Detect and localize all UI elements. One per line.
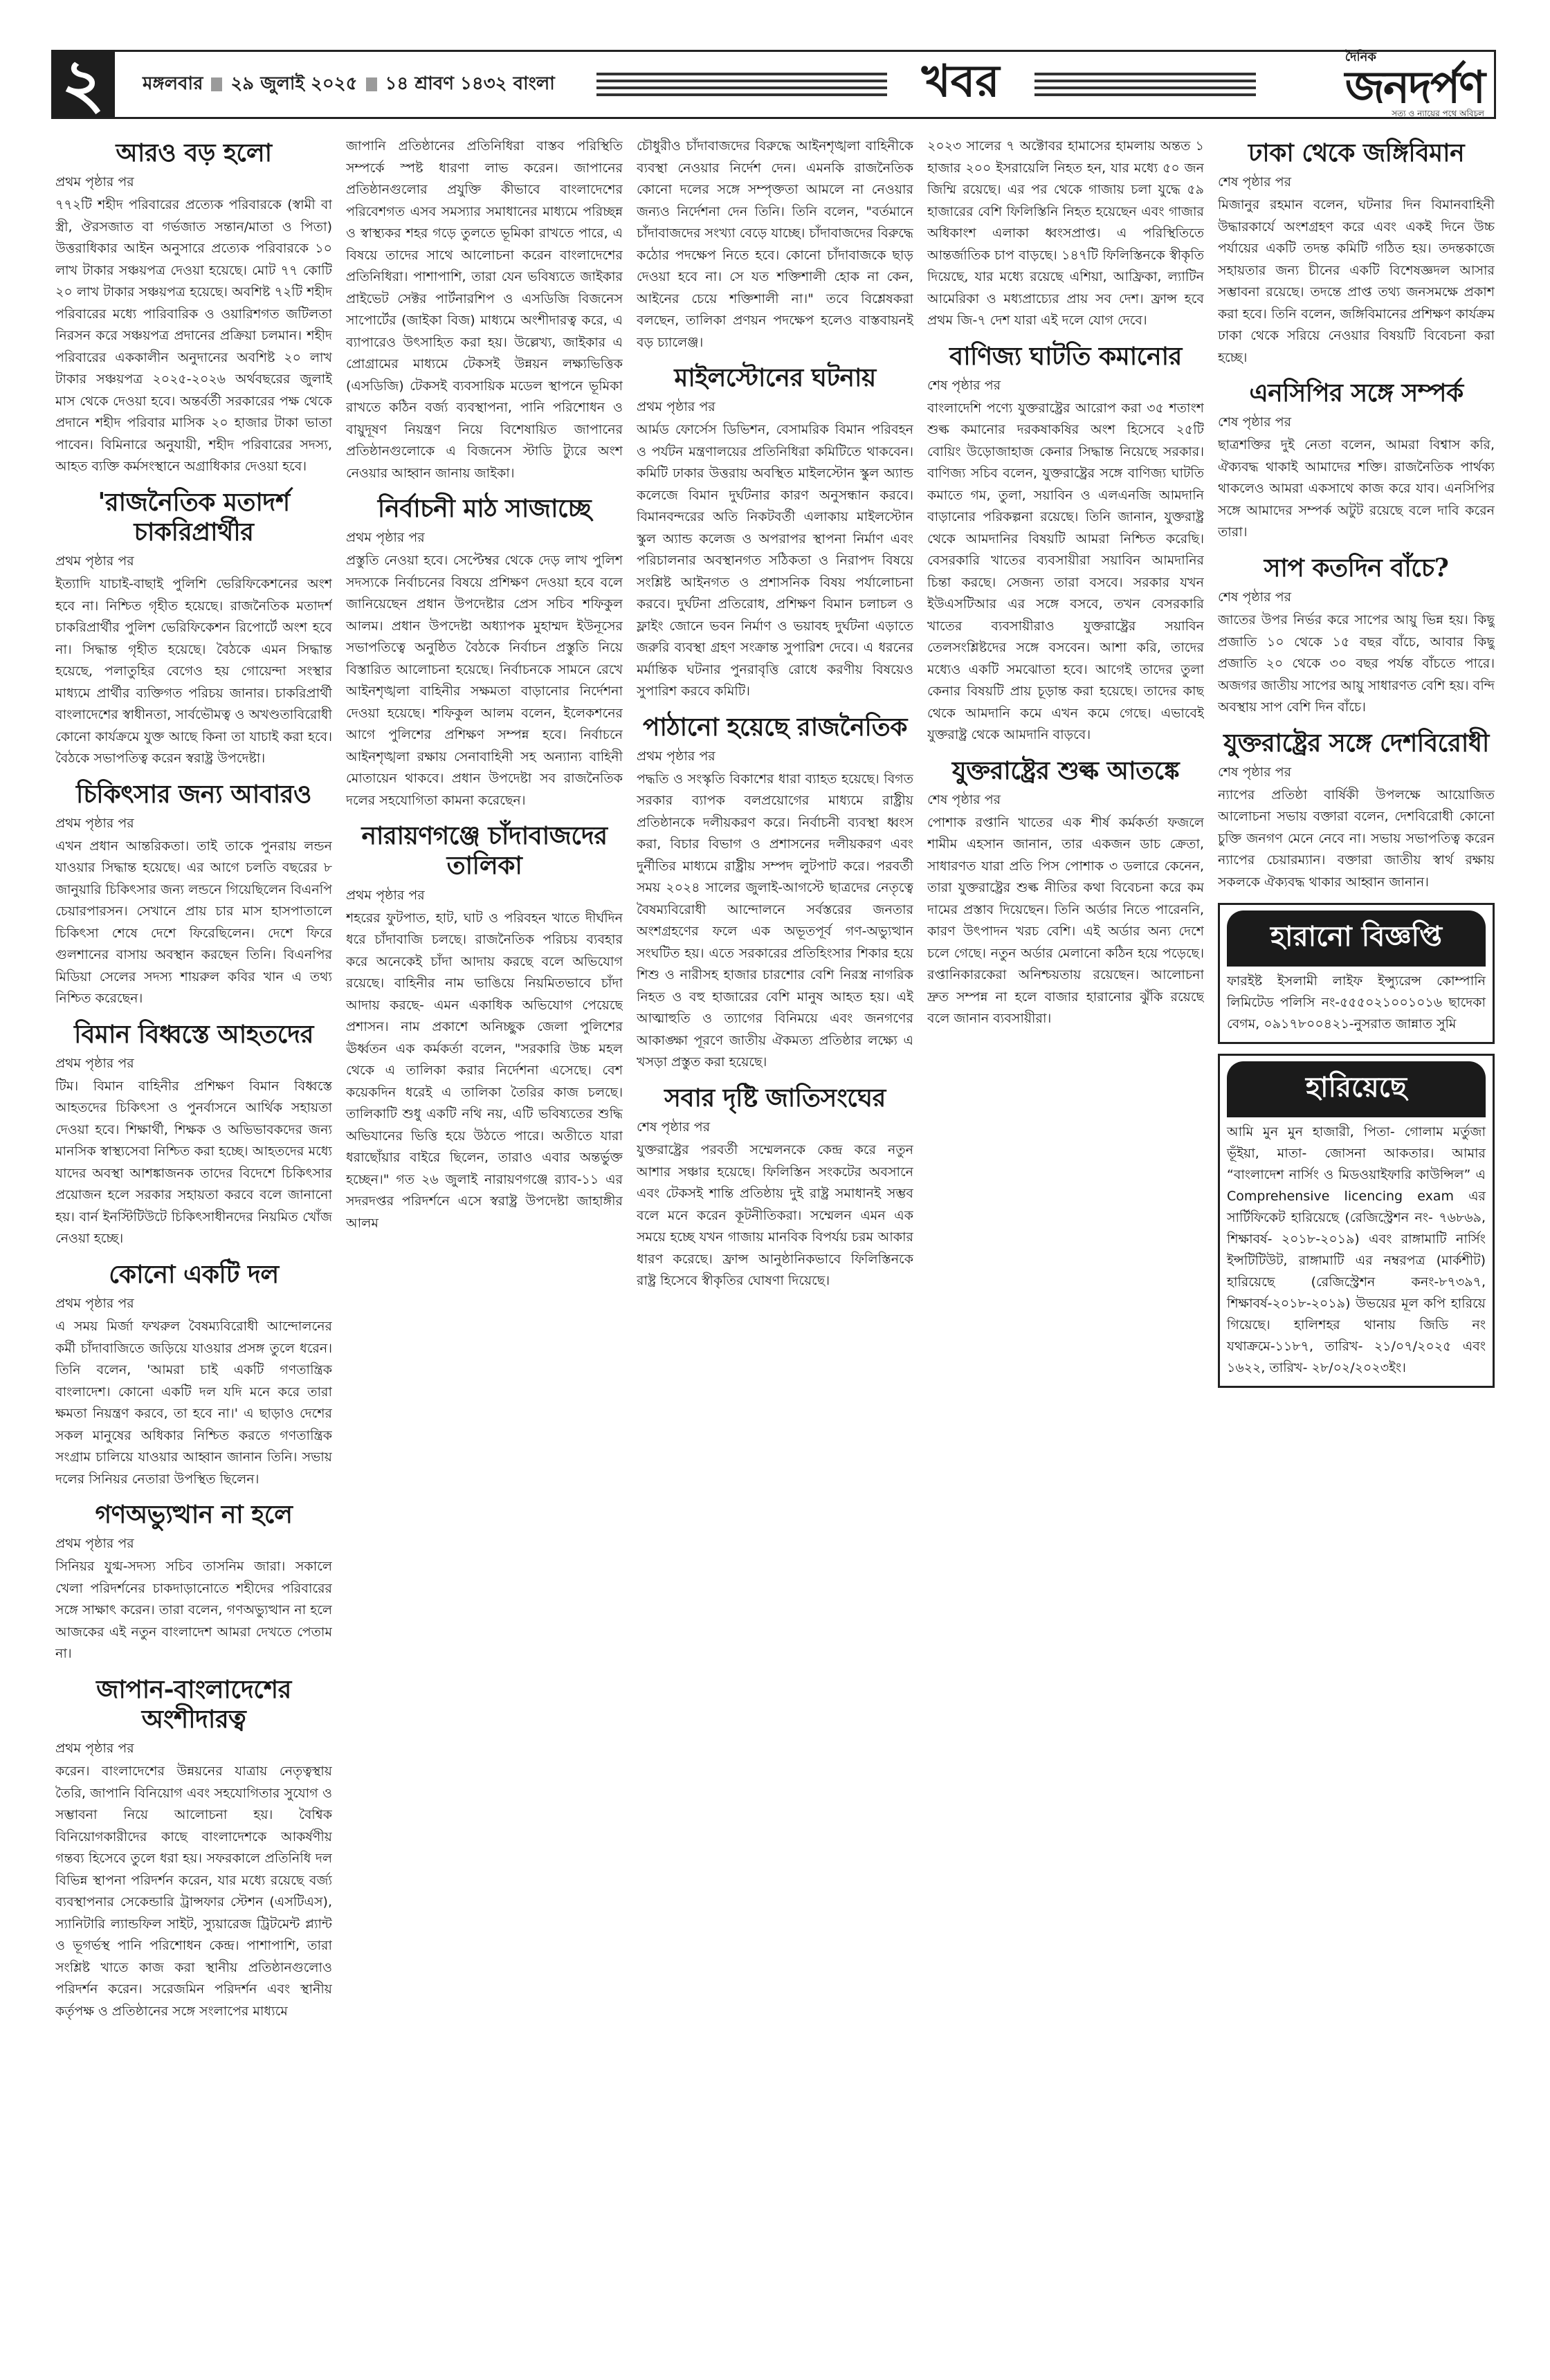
story-body: ইত্যাদি যাচাই-বাছাই পুলিশি ভেরিফিকেশনের …: [55, 574, 332, 770]
story: গণঅভ্যুত্থান না হলে প্রথম পৃষ্ঠার পর সিন…: [55, 1500, 332, 1665]
story-body: এ সময় মির্জা ফখরুল বৈষম্যবিরোধী আন্দোলন…: [55, 1316, 332, 1490]
story: সবার দৃষ্টি জাতিসংঘের শেষ পৃষ্ঠার পর যুক…: [637, 1083, 913, 1292]
story-body: মিজানুর রহমান বলেন, ঘটনার দিন বিমানবাহিন…: [1218, 194, 1495, 369]
column-3: চৌধুরীও চাঁদাবাজদের বিরুদ্ধে আইনশৃঙ্খলা …: [637, 136, 913, 2322]
story: বাণিজ্য ঘাটতি কমানোর শেষ পৃষ্ঠার পর বাংল…: [927, 342, 1204, 747]
continuation-label: প্রথম পৃষ্ঠার পর: [346, 886, 623, 908]
continuation-label: প্রথম পৃষ্ঠার পর: [55, 1534, 332, 1556]
story-body: পোশাক রপ্তানি খাতের এক শীর্ষ কর্মকর্তা ফ…: [927, 812, 1204, 1030]
story-headline: যুক্তরাষ্ট্রের সঙ্গে দেশবিরোধী: [1218, 729, 1495, 758]
classified-lost-notice: হারানো বিজ্ঞপ্তি ফারইষ্ট ইসলামী লাইফ ইন্…: [1218, 903, 1495, 1044]
story-headline: পাঠানো হয়েছে রাজনৈতিক: [637, 713, 913, 742]
story-headline: যুক্তরাষ্ট্রের শুল্ক আতঙ্কে: [927, 756, 1204, 786]
continuation-label: প্রথম পৃষ্ঠার পর: [346, 528, 623, 550]
story: পাঠানো হয়েছে রাজনৈতিক প্রথম পৃষ্ঠার পর …: [637, 713, 913, 1074]
story-headline: সবার দৃষ্টি জাতিসংঘের: [637, 1083, 913, 1113]
section-title: খবর: [887, 52, 1034, 117]
story: নারায়ণগঞ্জে চাঁদাবাজদের তালিকা প্রথম পৃ…: [346, 821, 623, 1234]
dateline: মঙ্গলবার ২৯ জুলাই ২০২৫ ১৪ শ্রাবণ ১৪৩২ বা…: [115, 52, 555, 117]
story-headline: এনসিপির সঙ্গে সম্পর্ক: [1218, 378, 1495, 408]
news-columns: আরও বড় হলো প্রথম পৃষ্ঠার পর ৭৭২টি শহীদ …: [55, 136, 1495, 2322]
story-continuation: চৌধুরীও চাঁদাবাজদের বিরুদ্ধে আইনশৃঙ্খলা …: [637, 136, 913, 354]
story-body: বাংলাদেশি পণ্যে যুক্তরাষ্ট্রের আরোপ করা …: [927, 398, 1204, 747]
story-headline: বিমান বিধ্বস্তে আহতদের: [55, 1020, 332, 1050]
separator-square-icon: [211, 77, 222, 91]
story-body: প্রস্তুতি নেওয়া হবে। সেপ্টেম্বর থেকে দে…: [346, 550, 623, 812]
bengali-date: ১৪ শ্রাবণ ১৪৩২ বাংলা: [385, 69, 555, 100]
story-body: চৌধুরীও চাঁদাবাজদের বিরুদ্ধে আইনশৃঙ্খলা …: [637, 136, 913, 354]
classified-title: হারিয়েছে: [1227, 1061, 1486, 1117]
classified-lost-certificate: হারিয়েছে আমি মুন মুন হাজারী, পিতা- গোলা…: [1218, 1054, 1495, 1388]
continuation-label: প্রথম পৃষ্ঠার পর: [55, 172, 332, 194]
continuation-label: শেষ পৃষ্ঠার পর: [637, 1117, 913, 1139]
brand-tagline: সত্য ও ন্যায়ের পথে অবিচল: [1392, 108, 1484, 122]
story: মাইলস্টোনের ঘটনায় প্রথম পৃষ্ঠার পর আর্ম…: [637, 363, 913, 703]
continuation-label: প্রথম পৃষ্ঠার পর: [637, 397, 913, 419]
newspaper-logo: দৈনিক জনদর্পণ সত্য ও ন্যায়ের পথে অবিচল: [1345, 52, 1494, 117]
story: নির্বাচনী মাঠ সাজাচ্ছে প্রথম পৃষ্ঠার পর …: [346, 494, 623, 812]
story-headline: 'রাজনৈতিক মতাদর্শ চাকরিপ্রার্থীর: [55, 488, 332, 547]
decorative-rules: [596, 52, 887, 117]
continuation-label: প্রথম পৃষ্ঠার পর: [55, 814, 332, 836]
story-body: করেন। বাংলাদেশের উন্নয়নের যাত্রায় নেতৃ…: [55, 1761, 332, 2022]
story-body: ৭৭২টি শহীদ পরিবারের প্রত্যেক পরিবারকে (স…: [55, 194, 332, 478]
story-body: টিম। বিমান বাহিনীর প্রশিক্ষণ বিমান বিধ্ব…: [55, 1076, 332, 1250]
story-headline: কোনো একটি দল: [55, 1260, 332, 1290]
story: সাপ কতদিন বাঁচে? শেষ পৃষ্ঠার পর জাতের উপ…: [1218, 553, 1495, 719]
story-headline: মাইলস্টোনের ঘটনায়: [637, 363, 913, 393]
continuation-label: প্রথম পৃষ্ঠার পর: [55, 1054, 332, 1076]
story-headline: ঢাকা থেকে জঙ্গিবিমান: [1218, 138, 1495, 168]
decorative-rules: [1034, 52, 1256, 117]
story-body: পদ্ধতি ও সংস্কৃতি বিকাশের ধারা ব্যাহত হয…: [637, 769, 913, 1074]
story: জাপান-বাংলাদেশের অংশীদারত্ব প্রথম পৃষ্ঠা…: [55, 1675, 332, 2022]
continuation-label: শেষ পৃষ্ঠার পর: [1218, 412, 1495, 434]
story-continuation: জাপানি প্রতিষ্ঠানের প্রতিনিধিরা বাস্তব প…: [346, 136, 623, 484]
story-body: ছাত্রশক্তির দুই নেতা বলেন, আমরা বিশ্বাস …: [1218, 434, 1495, 544]
story: 'রাজনৈতিক মতাদর্শ চাকরিপ্রার্থীর প্রথম প…: [55, 488, 332, 770]
continuation-label: শেষ পৃষ্ঠার পর: [1218, 172, 1495, 194]
story-headline: চিকিৎসার জন্য আবারও: [55, 780, 332, 809]
column-5: ঢাকা থেকে জঙ্গিবিমান শেষ পৃষ্ঠার পর মিজা…: [1218, 136, 1495, 2322]
continuation-label: প্রথম পৃষ্ঠার পর: [55, 551, 332, 574]
story-body: আর্মড ফোর্সেস ডিভিশন, বেসামরিক বিমান পরি…: [637, 419, 913, 703]
story-body: এখন প্রধান আন্তরিকতা। তাই তাকে পুনরায় ল…: [55, 836, 332, 1010]
day-label: মঙ্গলবার: [143, 69, 203, 100]
story-body: ন্যাপের প্রতিষ্ঠা বার্ষিকী উপলক্ষে আয়োজ…: [1218, 785, 1495, 894]
gregorian-date: ২৯ জুলাই ২০২৫: [230, 69, 357, 100]
classified-body: ফারইষ্ট ইসলামী লাইফ ইন্স্যুরেন্স কোম্পান…: [1227, 967, 1486, 1035]
story-headline: বাণিজ্য ঘাটতি কমানোর: [927, 342, 1204, 372]
continuation-label: শেষ পৃষ্ঠার পর: [927, 790, 1204, 812]
column-4: ২০২৩ সালের ৭ অক্টোবর হামাসের হামলায় অন্…: [927, 136, 1204, 2322]
story-headline: নির্বাচনী মাঠ সাজাচ্ছে: [346, 494, 623, 524]
continuation-label: প্রথম পৃষ্ঠার পর: [637, 747, 913, 769]
story: আরও বড় হলো প্রথম পৃষ্ঠার পর ৭৭২টি শহীদ …: [55, 138, 332, 478]
story-body: জাতের উপর নির্ভর করে সাপের আয়ু ভিন্ন হয…: [1218, 610, 1495, 719]
story-headline: জাপান-বাংলাদেশের অংশীদারত্ব: [55, 1675, 332, 1734]
story: কোনো একটি দল প্রথম পৃষ্ঠার পর এ সময় মির…: [55, 1260, 332, 1490]
story-headline: আরও বড় হলো: [55, 138, 332, 168]
brand-name: জনদর্পণ: [1345, 68, 1484, 109]
story: এনসিপির সঙ্গে সম্পর্ক শেষ পৃষ্ঠার পর ছাত…: [1218, 378, 1495, 544]
story-headline: নারায়ণগঞ্জে চাঁদাবাজদের তালিকা: [346, 821, 623, 881]
story: ঢাকা থেকে জঙ্গিবিমান শেষ পৃষ্ঠার পর মিজা…: [1218, 138, 1495, 369]
story-body: যুক্তরাষ্ট্রের পরবর্তী সম্মেলনকে কেন্দ্র…: [637, 1139, 913, 1292]
continuation-label: প্রথম পৃষ্ঠার পর: [55, 1294, 332, 1316]
story-headline: সাপ কতদিন বাঁচে?: [1218, 553, 1495, 583]
continuation-label: শেষ পৃষ্ঠার পর: [1218, 762, 1495, 785]
page-number: ২: [51, 50, 115, 117]
story-body: শহরের ফুটপাত, হাট, ঘাট ও পরিবহন খাতে দীর…: [346, 908, 623, 1235]
story: বিমান বিধ্বস্তে আহতদের প্রথম পৃষ্ঠার পর …: [55, 1020, 332, 1250]
story-continuation: ২০২৩ সালের ৭ অক্টোবর হামাসের হামলায় অন্…: [927, 136, 1204, 332]
classified-body: আমি মুন মুন হাজারী, পিতা- গোলাম মর্তুজা …: [1227, 1117, 1486, 1379]
story-body: ২০২৩ সালের ৭ অক্টোবর হামাসের হামলায় অন্…: [927, 136, 1204, 332]
story: যুক্তরাষ্ট্রের সঙ্গে দেশবিরোধী শেষ পৃষ্ঠ…: [1218, 729, 1495, 894]
story: চিকিৎসার জন্য আবারও প্রথম পৃষ্ঠার পর এখন…: [55, 780, 332, 1010]
separator-square-icon: [366, 77, 377, 91]
column-1: আরও বড় হলো প্রথম পৃষ্ঠার পর ৭৭২টি শহীদ …: [55, 136, 332, 2322]
continuation-label: শেষ পৃষ্ঠার পর: [1218, 587, 1495, 610]
continuation-label: প্রথম পৃষ্ঠার পর: [55, 1739, 332, 1761]
column-2: জাপানি প্রতিষ্ঠানের প্রতিনিধিরা বাস্তব প…: [346, 136, 623, 2322]
story: যুক্তরাষ্ট্রের শুল্ক আতঙ্কে শেষ পৃষ্ঠার …: [927, 756, 1204, 1030]
story-body: জাপানি প্রতিষ্ঠানের প্রতিনিধিরা বাস্তব প…: [346, 136, 623, 484]
story-headline: গণঅভ্যুত্থান না হলে: [55, 1500, 332, 1530]
masthead: ২ মঙ্গলবার ২৯ জুলাই ২০২৫ ১৪ শ্রাবণ ১৪৩২ …: [51, 50, 1496, 119]
classified-title: হারানো বিজ্ঞপ্তি: [1227, 910, 1486, 967]
continuation-label: শেষ পৃষ্ঠার পর: [927, 376, 1204, 398]
story-body: সিনিয়র যুগ্ম-সদস্য সচিব তাসনিম জারা। সক…: [55, 1556, 332, 1665]
